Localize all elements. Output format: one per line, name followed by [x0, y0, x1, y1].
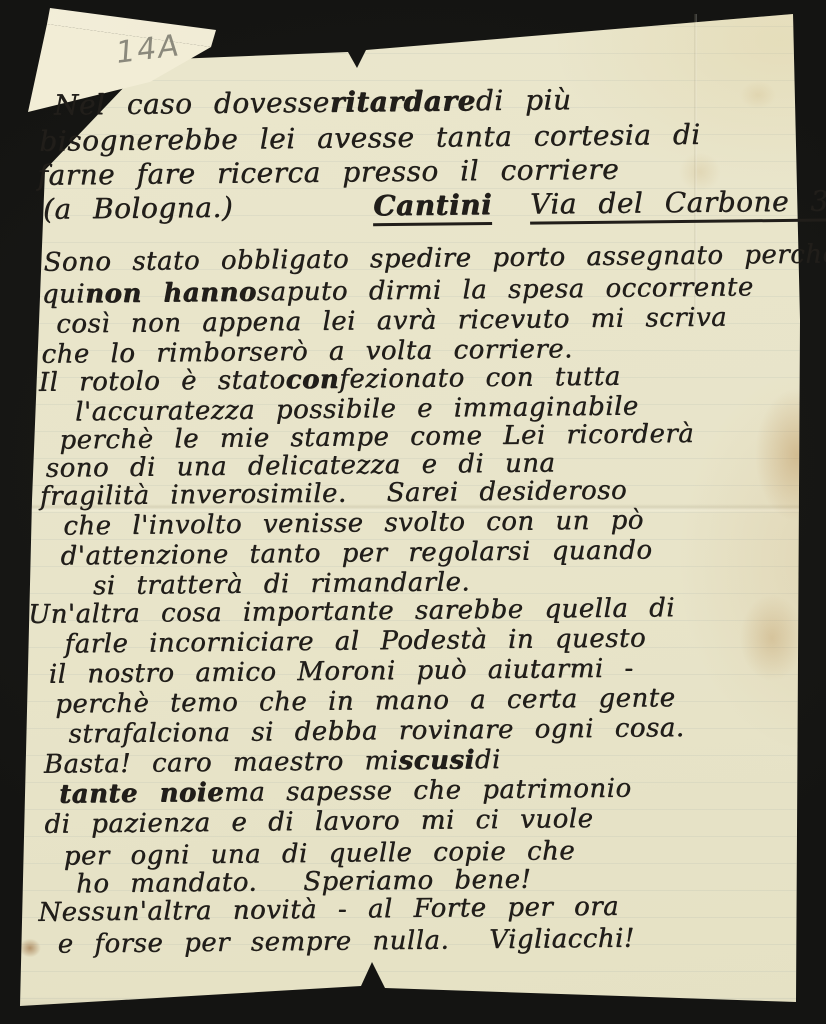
handwriting-segment: perchè temo che in mano a certa gente [55, 685, 676, 717]
handwriting-segment: farle incorniciare al Podestà in questo [64, 625, 646, 657]
handwriting-line: tante noie ma sapesse che patrimonio [59, 776, 632, 808]
handwriting-line: e forse per sempre nulla.Vigliacchi! [58, 926, 635, 958]
handwriting-line: farne fare ricerca presso il corriere [37, 156, 619, 190]
handwriting-line: Nessun'altra novità - al Forte per ora [38, 894, 619, 926]
letter-text: Nel caso dovesse ritardare di piùbisogne… [0, 0, 826, 1024]
handwriting-segment: Nel caso dovesse [54, 89, 330, 120]
handwriting-segment: Cantini [373, 191, 492, 226]
handwriting-line: si tratterà di rimandarle. [93, 569, 470, 599]
handwriting-segment: che l'involto venisse svolto con un pò [63, 507, 644, 539]
handwriting-segment: ma sapesse che patrimonio [224, 776, 632, 806]
handwriting-line: che l'involto venisse svolto con un pò [63, 507, 644, 539]
handwriting-segment: e forse per sempre nulla. [58, 928, 450, 958]
handwriting-line: strafalciona si debba rovinare ogni cosa… [68, 715, 684, 747]
handwriting-segment: perchè le mie stampe come Lei ricorderà [59, 421, 694, 454]
handwriting-segment: Speriamo bene! [303, 867, 532, 895]
handwriting-line: fragilità inverosimile.Sarei desideroso [40, 478, 627, 510]
handwriting-segment: saputo dirmi la spesa occorrente [257, 274, 754, 305]
handwriting-segment: Via del Carbone 3 A. [530, 187, 826, 225]
handwriting-line: di pazienza e di lavoro mi ci vuole [44, 806, 593, 838]
handwriting-line: Nel caso dovesse ritardare di più [54, 86, 572, 119]
handwriting-segment: fragilità inverosimile. [40, 481, 347, 510]
handwriting-segment: Vigliacchi! [489, 926, 635, 954]
handwriting-segment: con [285, 367, 339, 394]
handwriting-line: d'attenzione tanto per regolarsi quando [60, 537, 652, 569]
handwriting-segment: (a Bologna.) [43, 194, 234, 224]
handwriting-line: Il rotolo è stato confezionato con tutta [39, 364, 621, 396]
handwriting-line: bisognerebbe lei avesse tanta cortesia d… [39, 121, 701, 156]
handwriting-segment: il nostro amico Moroni può aiutarmi - [49, 656, 634, 688]
handwriting-segment: di pazienza e di lavoro mi ci vuole [44, 806, 593, 838]
handwriting-segment: Un'altra cosa importante sarebbe quella … [28, 595, 675, 628]
handwriting-segment: d'attenzione tanto per regolarsi quando [60, 537, 652, 569]
handwriting-line: perchè temo che in mano a certa gente [55, 685, 676, 717]
handwriting-line: farle incorniciare al Podestà in questo [64, 625, 646, 657]
handwriting-segment: bisognerebbe lei avesse tanta cortesia d… [39, 121, 701, 156]
handwriting-line: Basta! caro maestro mi scusi di [44, 747, 501, 778]
handwriting-segment: Sono stato obbligato spedire porto asseg… [43, 241, 826, 275]
handwriting-segment: farne fare ricerca presso il corriere [37, 156, 619, 190]
handwriting-line: così non appena lei avrà ricevuto mi scr… [56, 305, 727, 338]
handwriting-segment: ho mandato. [76, 870, 257, 898]
handwriting-segment: fezionato con tutta [339, 364, 621, 393]
handwriting-segment: strafalciona si debba rovinare ogni cosa… [68, 715, 684, 747]
handwriting-line: Un'altra cosa importante sarebbe quella … [28, 595, 675, 628]
handwriting-segment: Nessun'altra novità - al Forte per ora [38, 894, 619, 926]
scan-background: 14A Nel caso dovesse ritardare di piùbis… [0, 0, 826, 1024]
handwriting-line: il nostro amico Moroni può aiutarmi - [49, 656, 634, 688]
handwriting-segment: scusi [398, 747, 475, 774]
handwriting-segment: ritardare [330, 87, 476, 117]
handwriting-segment: tante noie [59, 780, 224, 808]
handwriting-line: Sono stato obbligato spedire porto asseg… [43, 241, 826, 275]
handwriting-segment: così non appena lei avrà ricevuto mi scr… [56, 305, 727, 338]
handwriting-segment: qui [42, 281, 85, 307]
handwriting-segment: di [475, 747, 501, 773]
handwriting-segment: Il rotolo è stato [39, 367, 286, 396]
handwriting-segment: di più [476, 86, 572, 115]
handwriting-line: (a Bologna.)CantiniVia del Carbone 3 A. [43, 187, 826, 230]
handwriting-segment: Basta! caro maestro mi [44, 748, 399, 778]
handwriting-segment: non hanno [85, 279, 257, 307]
handwriting-segment: si tratterà di rimandarle. [93, 569, 470, 599]
handwriting-segment: Sarei desideroso [386, 478, 627, 507]
handwriting-line: perchè le mie stampe come Lei ricorderà [59, 421, 694, 454]
